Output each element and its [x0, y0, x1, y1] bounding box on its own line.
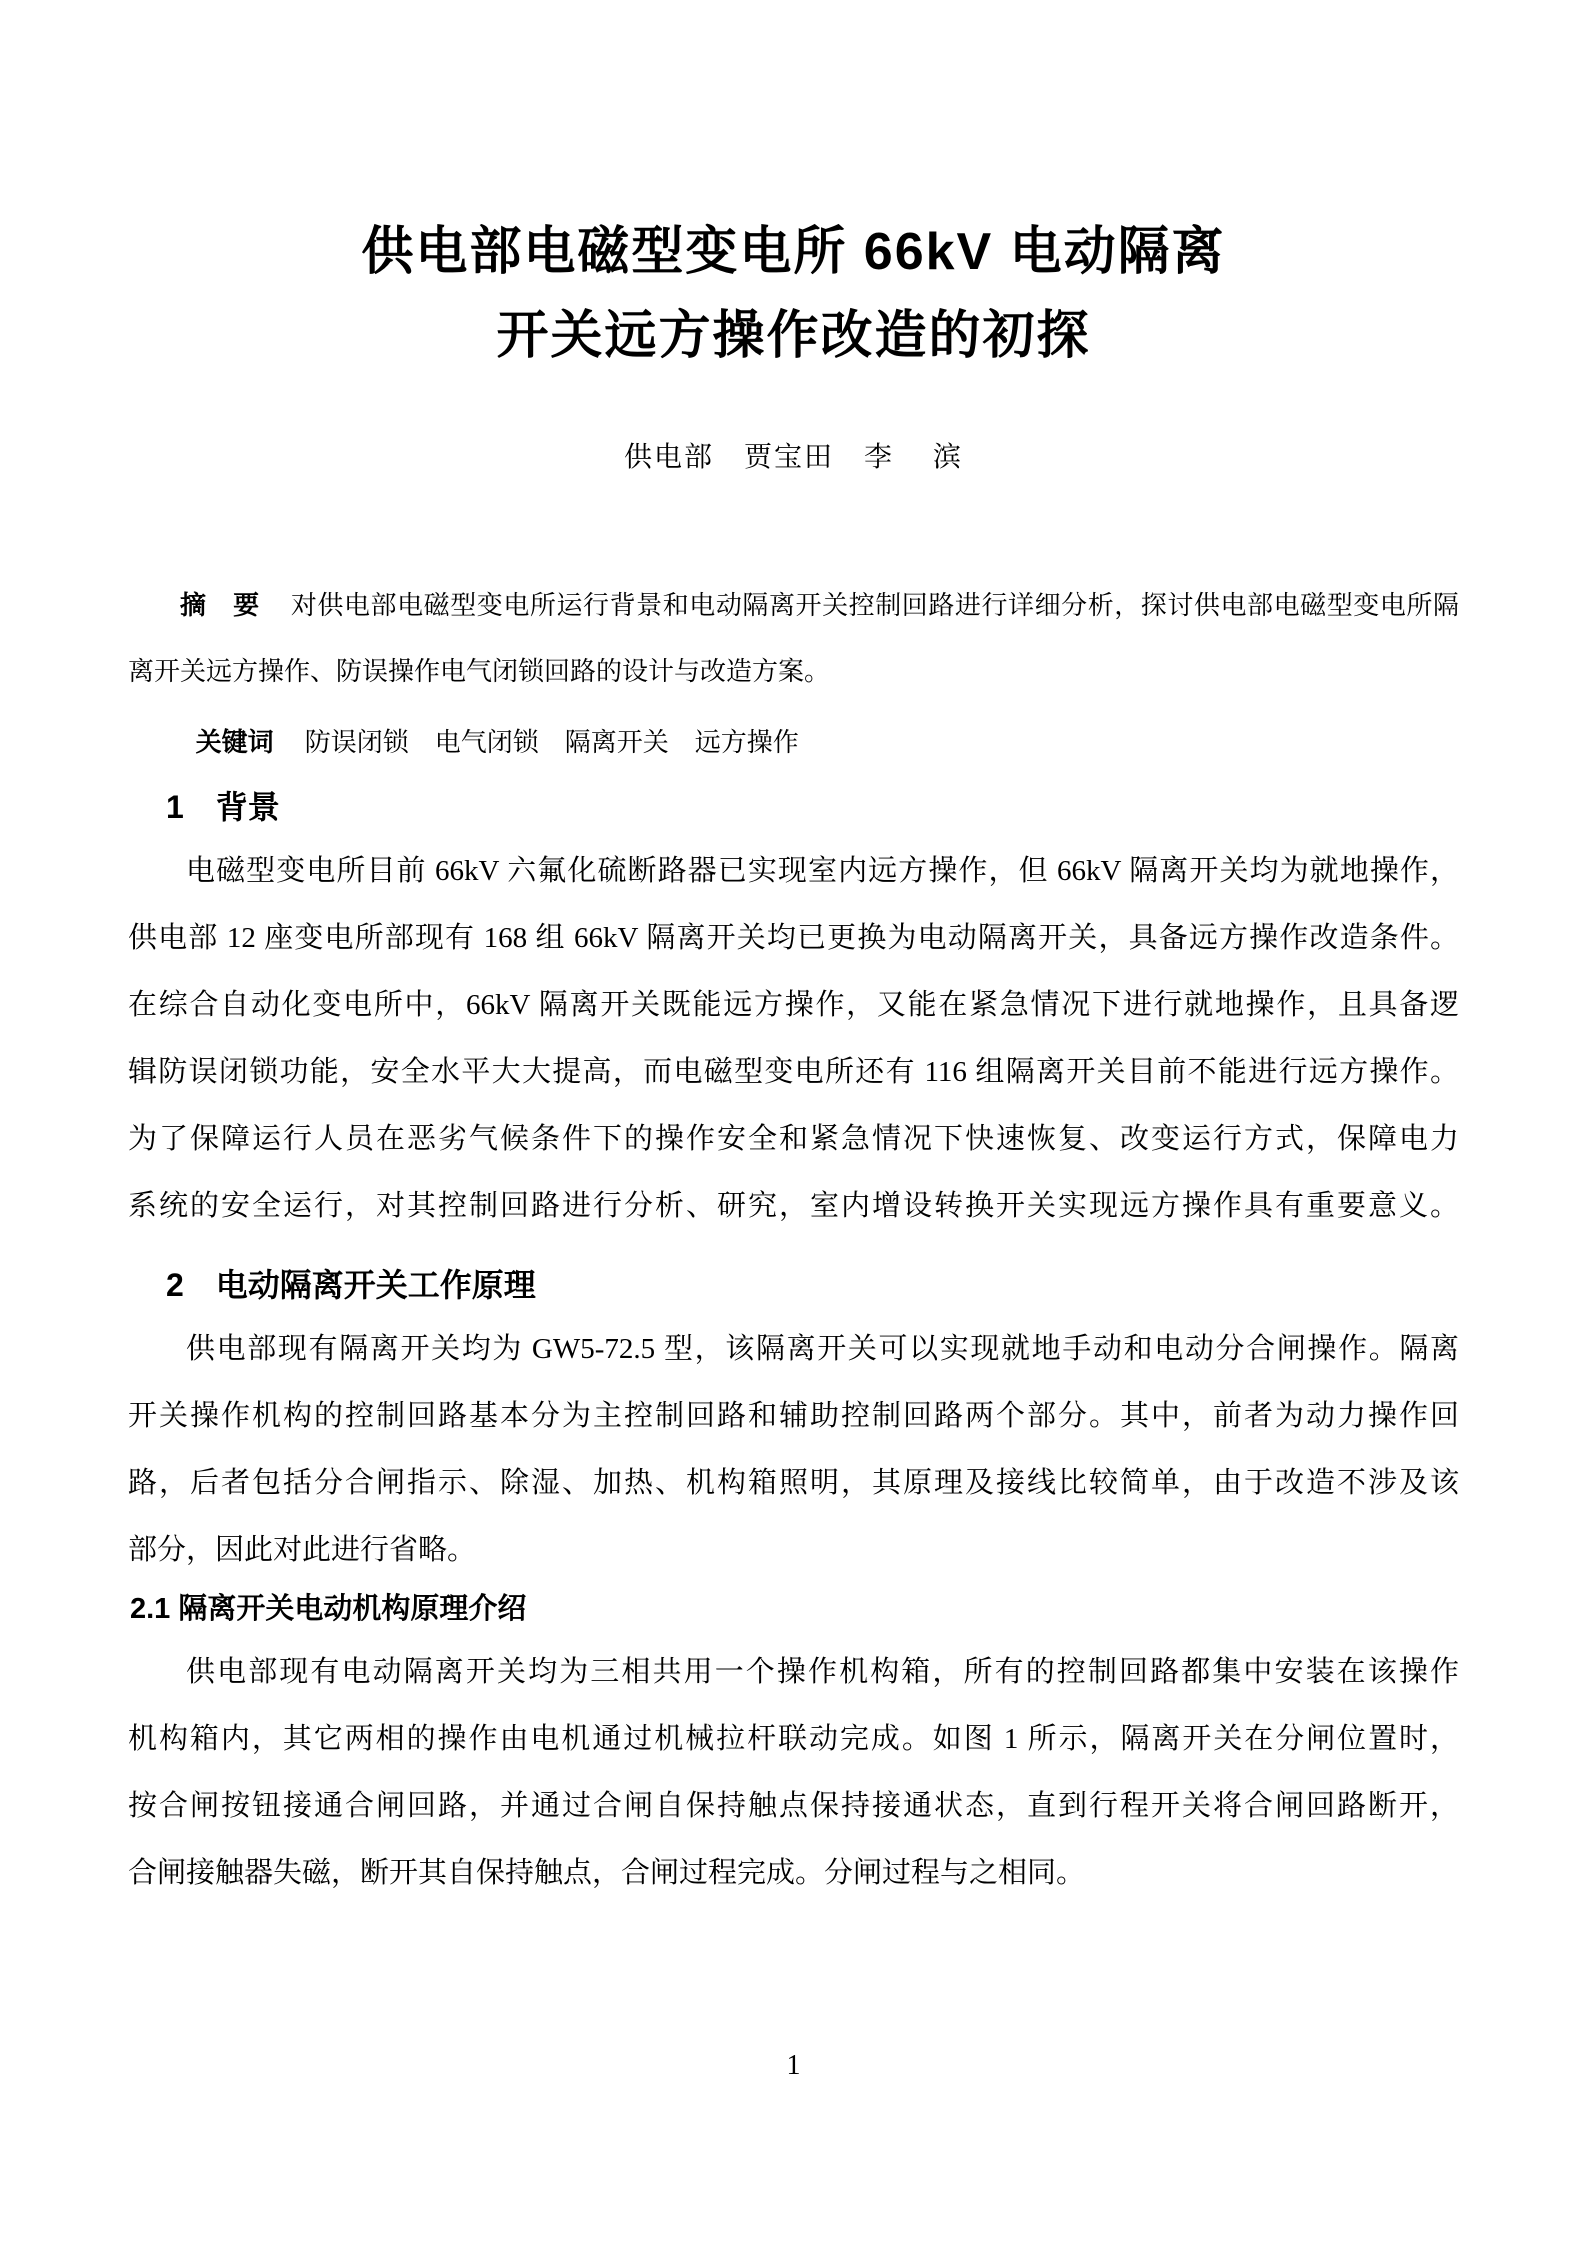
abstract-line: 摘 要对供电部电磁型变电所运行背景和电动隔离开关控制回路进行详细分析，探讨供电部… [128, 572, 1459, 639]
page-number: 1 [0, 2046, 1587, 2086]
document-page: 供电部电磁型变电所 66kV 电动隔离 开关远方操作改造的初探 供电部 贾宝田 … [0, 0, 1587, 2245]
body-line: 供电部现有电动隔离开关均为三相共用一个操作机构箱，所有的控制回路都集中安装在该操… [128, 1639, 1459, 1706]
body-line: 部分，因此对此进行省略。 [128, 1517, 1459, 1584]
abstract-line: 离开关远方操作、防误操作电气闭锁回路的设计与改造方案。 [128, 639, 1459, 705]
section-1-body: 电磁型变电所目前 66kV 六氟化硫断路器已实现室内远方操作，但 66kV 隔离… [128, 838, 1459, 1240]
title-line-2: 开关远方操作改造的初探 [128, 294, 1459, 378]
abstract-label: 摘 要 [180, 590, 260, 620]
body-line: 机构箱内，其它两相的操作由电机通过机械拉杆联动完成。如图 1 所示，隔离开关在分… [128, 1706, 1459, 1773]
body-line: 在综合自动化变电所中，66kV 隔离开关既能远方操作，又能在紧急情况下进行就地操… [128, 972, 1459, 1039]
body-line: 开关操作机构的控制回路基本分为主控制回路和辅助控制回路两个部分。其中，前者为动力… [128, 1383, 1459, 1450]
body-line: 系统的安全运行，对其控制回路进行分析、研究，室内增设转换开关实现远方操作具有重要… [128, 1173, 1459, 1240]
body-line: 按合闸按钮接通合闸回路，并通过合闸自保持触点保持接通状态，直到行程开关将合闸回路… [128, 1773, 1459, 1840]
keywords-text: 防误闭锁 电气闭锁 隔离开关 远方操作 [305, 728, 799, 757]
section-2-1-heading: 2.1 隔离开关电动机构原理介绍 [128, 1587, 1459, 1631]
body-line: 辑防误闭锁功能，安全水平大大提高，而电磁型变电所还有 116 组隔离开关目前不能… [128, 1039, 1459, 1106]
section-2-body: 供电部现有隔离开关均为 GW5-72.5 型，该隔离开关可以实现就地手动和电动分… [128, 1316, 1459, 1584]
author-byline: 供电部 贾宝田 李 滨 [128, 440, 1459, 476]
paper-title: 供电部电磁型变电所 66kV 电动隔离 开关远方操作改造的初探 [128, 210, 1459, 378]
keywords-line: 关键词防误闭锁 电气闭锁 隔离开关 远方操作 [128, 709, 1459, 776]
title-line-1: 供电部电磁型变电所 66kV 电动隔离 [128, 210, 1459, 294]
section-2-heading: 2 电动隔离开关工作原理 [128, 1262, 1459, 1308]
body-line: 供电部现有隔离开关均为 GW5-72.5 型，该隔离开关可以实现就地手动和电动分… [128, 1316, 1459, 1383]
body-line: 合闸接触器失磁，断开其自保持触点，合闸过程完成。分闸过程与之相同。 [128, 1840, 1459, 1907]
keywords-label: 关键词 [196, 727, 274, 757]
section-1-heading: 1 背景 [128, 784, 1459, 830]
section-2-1-body: 供电部现有电动隔离开关均为三相共用一个操作机构箱，所有的控制回路都集中安装在该操… [128, 1639, 1459, 1907]
abstract-text: 对供电部电磁型变电所运行背景和电动隔离开关控制回路进行详细分析，探讨供电部电磁型… [291, 591, 1459, 620]
body-line: 电磁型变电所目前 66kV 六氟化硫断路器已实现室内远方操作，但 66kV 隔离… [128, 838, 1459, 905]
body-line: 路，后者包括分合闸指示、除湿、加热、机构箱照明，其原理及接线比较简单，由于改造不… [128, 1450, 1459, 1517]
body-line: 供电部 12 座变电所部现有 168 组 66kV 隔离开关均已更换为电动隔离开… [128, 905, 1459, 972]
body-line: 为了保障运行人员在恶劣气候条件下的操作安全和紧急情况下快速恢复、改变运行方式，保… [128, 1106, 1459, 1173]
abstract-block: 摘 要对供电部电磁型变电所运行背景和电动隔离开关控制回路进行详细分析，探讨供电部… [128, 572, 1459, 705]
